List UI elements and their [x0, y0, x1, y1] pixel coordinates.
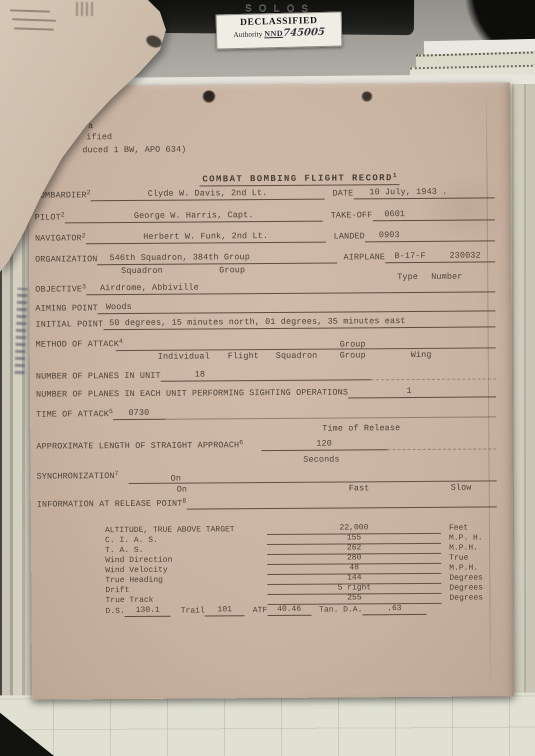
release-info-blank-line — [186, 506, 496, 509]
date-value: 10 July, 1943 . — [353, 186, 494, 199]
row-aiming-point: AIMING POINT Woods — [35, 300, 495, 314]
ds-label: D.S. — [106, 607, 125, 617]
aiming-point-label: AIMING POINT — [35, 303, 97, 314]
method-of-attack-line — [116, 339, 496, 351]
method-of-attack-label-text: METHOD OF ATTACK — [36, 339, 119, 350]
bombardier-label: BOMBARDIER2 — [35, 187, 91, 201]
release-data-table: ALTITUDE, TRUE ABOVE TARGET 22,000 Feet … — [105, 523, 504, 606]
synchronization-label-text: SYNCHRONIZATION — [37, 471, 115, 482]
airplane-label: AIRPLANE — [343, 252, 385, 263]
punch-hole-left — [202, 90, 216, 103]
trail-value: 101 — [205, 605, 245, 616]
planes-sighting-label: NUMBER OF PLANES IN EACH UNIT PERFORMING… — [36, 387, 348, 400]
initial-point-value: 50 degrees, 15 minutes north, 01 degrees… — [103, 315, 495, 330]
release-info-footnote: 8 — [182, 498, 186, 505]
typed-dash-mark — [10, 9, 50, 12]
navigator-label: NAVIGATOR2 — [35, 230, 86, 244]
method-option-group: Group — [340, 350, 366, 361]
document-title-row: COMBAT BOMBING FLIGHT RECORD1 — [88, 166, 510, 187]
atf-label: ATF — [253, 606, 267, 616]
row-objective: OBJECTIVE3 Airdrome, Abbiville — [35, 281, 495, 295]
header-fragment-1: a — [88, 121, 93, 132]
pilot-label-text: PILOT — [35, 212, 61, 222]
time-of-attack-label-text: TIME OF ATTACK — [36, 409, 109, 420]
approach-label-text: APPROXIMATE LENGTH OF STRAIGHT APPROACH — [36, 440, 239, 451]
row-time-of-attack: TIME OF ATTACK5 0730 — [36, 406, 496, 420]
row-unit: Degrees — [441, 574, 483, 584]
row-unit: True — [441, 554, 468, 564]
date-label: DATE — [333, 188, 354, 199]
atf-value: 40.46 — [267, 605, 311, 616]
navigator-label-text: NAVIGATOR — [35, 233, 82, 243]
airplane-number-value: 230032 — [435, 250, 495, 262]
organization-sub-squadron: Squadron — [121, 266, 163, 277]
sync-option-slow: Slow — [451, 483, 472, 494]
organization-label: ORGANIZATION — [35, 254, 97, 265]
bombardier-value: Clyde W. Davis, 2nd Lt. — [91, 188, 325, 202]
synchronization-label: SYNCHRONIZATION7 — [37, 468, 119, 483]
row-unit: Degrees — [441, 584, 483, 594]
line-tail — [387, 448, 496, 450]
airplane-type-value: B-17-F — [385, 251, 435, 263]
planes-sighting-value: 1 — [348, 385, 496, 398]
ds-value: 130.1 — [125, 606, 171, 617]
stamp-authority-org: NND — [264, 29, 283, 38]
row-planes-in-unit: NUMBER OF PLANES IN UNIT 18 — [36, 368, 496, 382]
objective-value: Airdrome, Abbiville — [86, 280, 495, 295]
typed-dash-mark — [14, 27, 54, 30]
navigator-value: Herbert W. Funk, 2nd Lt. — [86, 231, 326, 245]
tan-da-value: .63 — [362, 604, 426, 615]
landed-label: LANDED — [334, 231, 365, 242]
tan-da-label: Tan. D.A. — [319, 605, 362, 615]
sideways-text-smudge — [76, 2, 94, 16]
declassified-stamp: DECLASSIFIED Authority NND745005 — [216, 11, 343, 49]
combat-bombing-flight-record-document: a ified duced 1 BW, APO 634) COMBAT BOMB… — [28, 82, 514, 699]
method-option-individual: Individual — [158, 351, 210, 362]
line-tail — [371, 378, 496, 380]
row-organization: ORGANIZATION 546th Squadron, 384th Group… — [35, 251, 495, 265]
stamp-authority-line: Authority NND745005 — [217, 26, 341, 40]
seconds-sublabel: Seconds — [258, 454, 384, 466]
approach-label: APPROXIMATE LENGTH OF STRAIGHT APPROACH6 — [36, 437, 243, 452]
row-release-info: INFORMATION AT RELEASE POINT8 — [37, 496, 497, 510]
computation-line: D.S. 130.1 Trail 101 ATF 40.46 Tan. D.A.… — [105, 604, 453, 617]
time-of-attack-value: 0730 — [113, 408, 165, 420]
row-unit: M.P.H. — [441, 564, 478, 574]
method-option-wing: Wing — [411, 350, 432, 361]
pilot-value: George W. Harris, Capt. — [65, 210, 323, 224]
pilot-label: PILOT2 — [35, 209, 65, 223]
aiming-point-value: Woods — [98, 299, 496, 314]
document-title-footnote: 1 — [393, 172, 397, 179]
row-initial-point: INITIAL POINT 50 degrees, 15 minutes nor… — [35, 316, 495, 330]
scanned-photo: SOLOS a ified duced 1 BW, APO 634) COMBA… — [0, 0, 535, 756]
time-of-attack-label: TIME OF ATTACK5 — [36, 406, 113, 421]
bombardier-label-text: BOMBARDIER — [35, 190, 87, 200]
synchronization-footnote: 7 — [115, 470, 119, 477]
release-info-label: INFORMATION AT RELEASE POINT8 — [37, 496, 187, 511]
method-option-flight: Flight — [228, 351, 259, 362]
row-planes-sighting: NUMBER OF PLANES IN EACH UNIT PERFORMING… — [36, 386, 496, 400]
stamp-authority-number: 745005 — [283, 27, 326, 39]
objective-label: OBJECTIVE3 — [35, 281, 86, 295]
row-navigator: NAVIGATOR2 Herbert W. Funk, 2nd Lt. LAND… — [35, 230, 495, 244]
takeoff-label: TAKE-OFF — [331, 210, 373, 221]
typed-dash-mark — [12, 18, 56, 22]
row-unit: Degrees — [441, 594, 483, 604]
row-unit: M.P. H. — [441, 534, 483, 544]
sync-option-fast: Fast — [349, 483, 370, 494]
objective-label-text: OBJECTIVE — [35, 284, 82, 294]
line-tail — [165, 416, 496, 419]
under-sheet-grid-paper — [0, 693, 535, 756]
row-approach: APPROXIMATE LENGTH OF STRAIGHT APPROACH6… — [36, 438, 496, 452]
planes-in-unit-value: 18 — [161, 368, 371, 381]
planes-in-unit-label: NUMBER OF PLANES IN UNIT — [36, 371, 161, 383]
header-fragment-3: duced 1 BW, APO 634) — [82, 145, 186, 157]
document-title: COMBAT BOMBING FLIGHT RECORD1 — [199, 173, 399, 186]
organization-sub-group: Group — [219, 265, 245, 276]
release-info-label-text: INFORMATION AT RELEASE POINT — [37, 499, 183, 510]
row-unit: Feet — [441, 524, 468, 534]
landed-value: 0903 — [365, 229, 495, 242]
sync-option-on: On — [177, 485, 187, 496]
initial-point-label: INITIAL POINT — [35, 319, 103, 330]
stamp-authority-label: Authority — [233, 29, 262, 39]
method-of-attack-label: METHOD OF ATTACK4 — [36, 336, 123, 351]
punch-hole-right — [361, 91, 373, 102]
synchronization-line — [129, 472, 497, 484]
organization-value: 546th Squadron, 384th Group — [97, 252, 337, 266]
row-unit: M.P.H. — [441, 544, 478, 554]
method-option-squadron: Squadron — [276, 351, 318, 362]
time-of-release-sublabel: Time of Release — [322, 423, 400, 435]
approach-footnote: 6 — [239, 439, 243, 446]
takeoff-value: 0601 — [372, 208, 495, 221]
trail-label: Trail — [181, 606, 205, 616]
approach-value: 120 — [261, 438, 387, 451]
header-fragment-2: ified — [86, 132, 112, 143]
document-title-text: COMBAT BOMBING FLIGHT RECORD — [202, 173, 393, 184]
